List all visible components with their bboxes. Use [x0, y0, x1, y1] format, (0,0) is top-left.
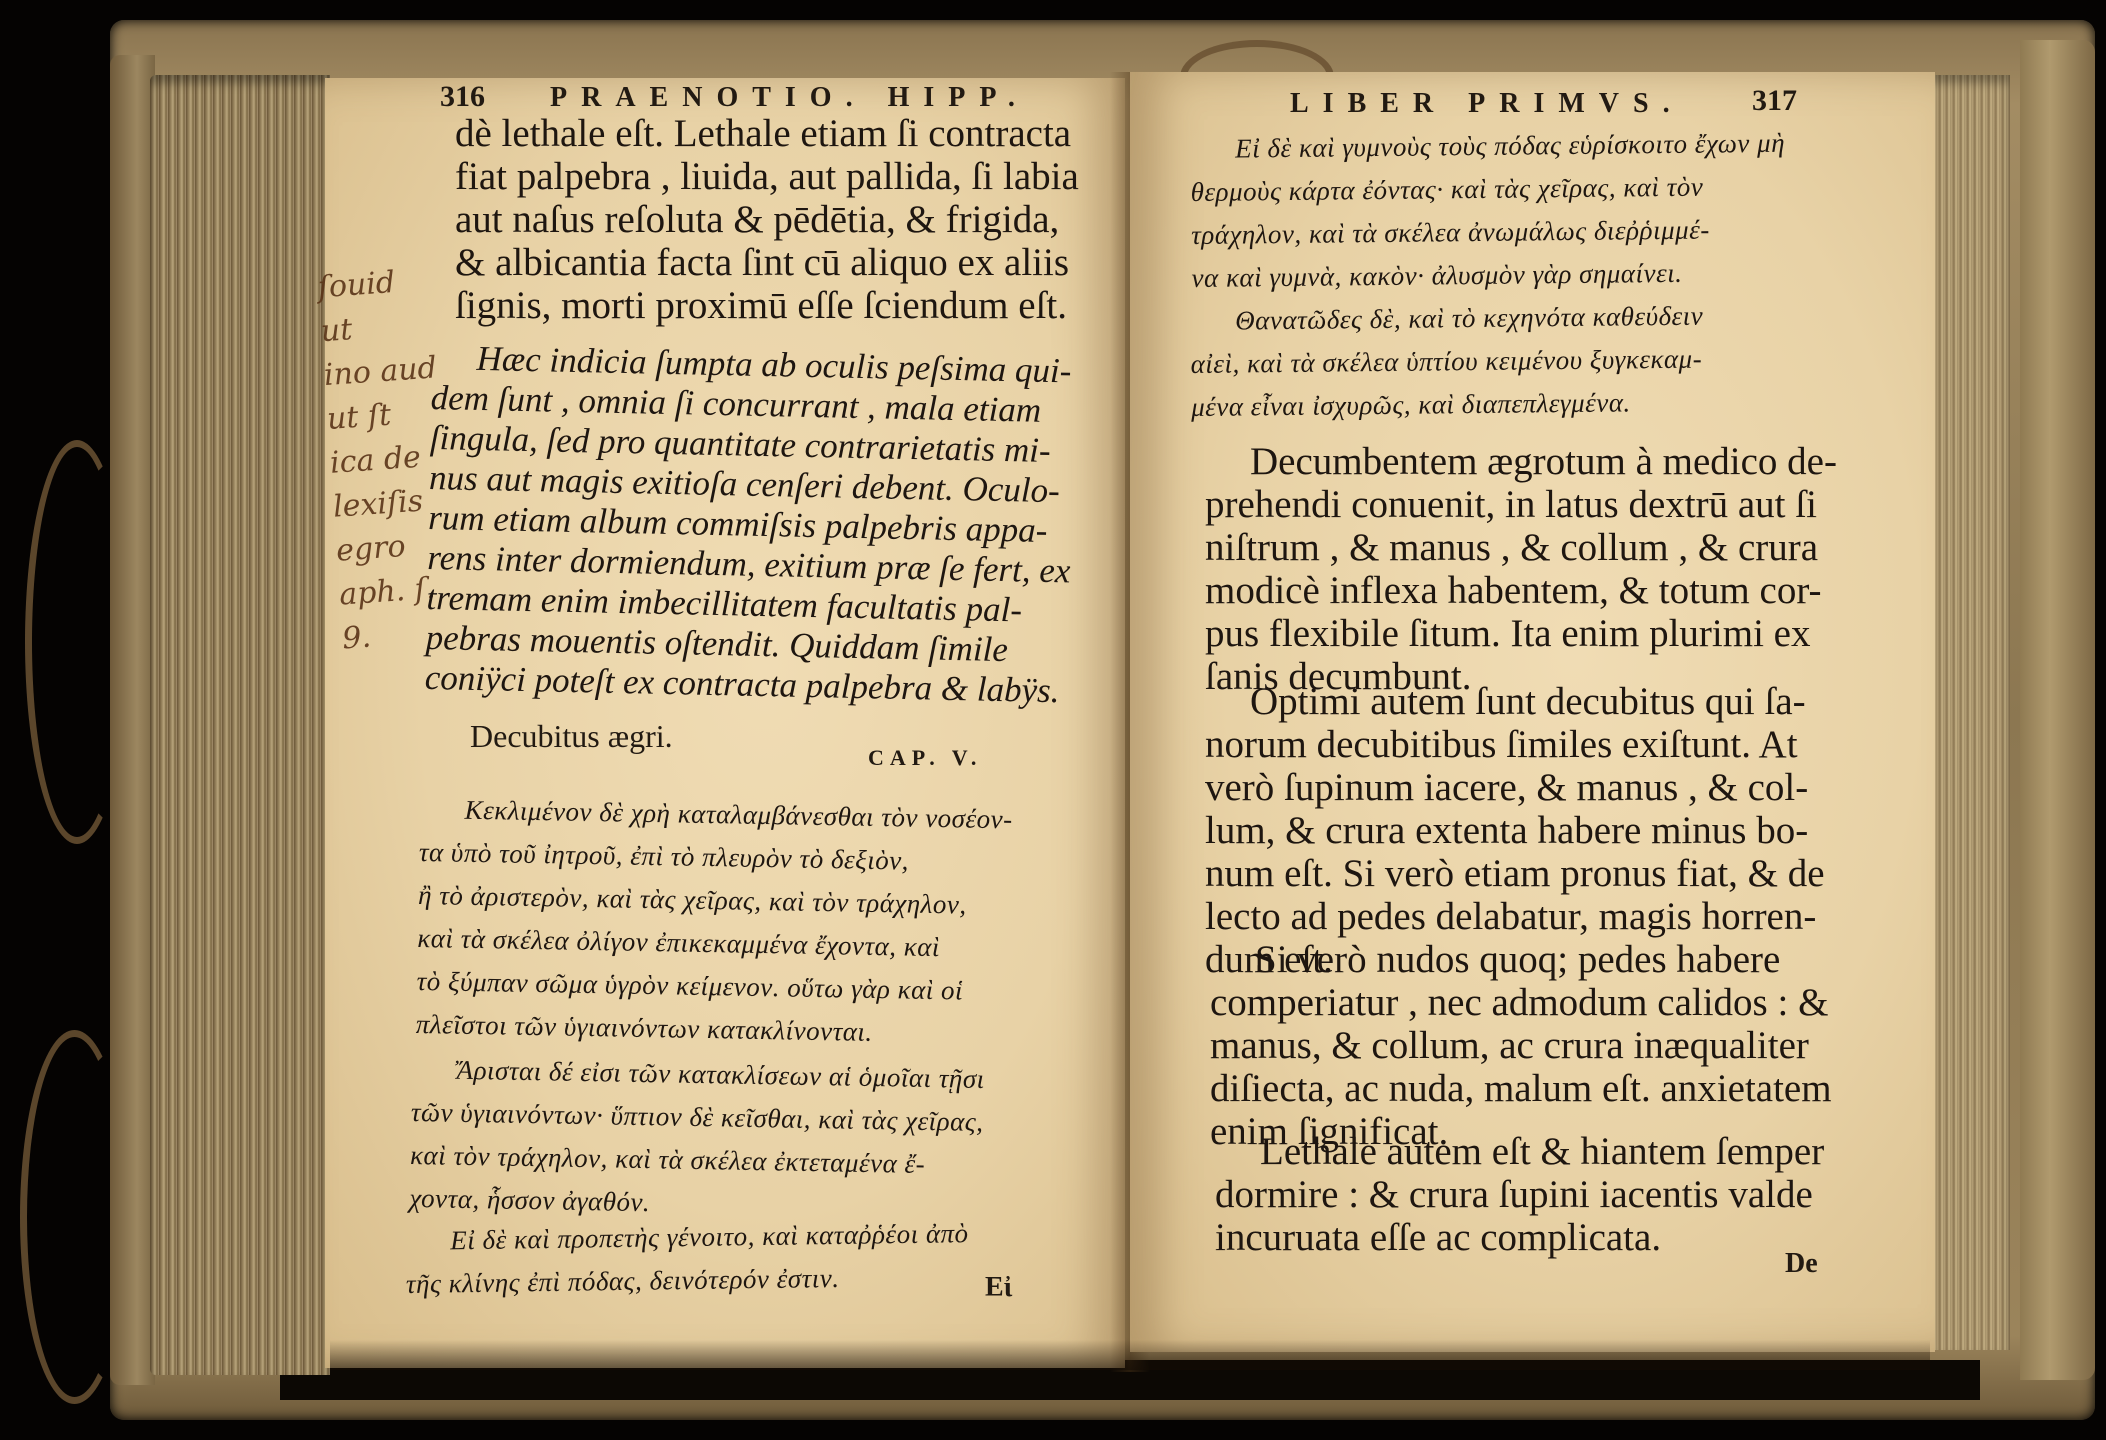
text-line: dormire : & crura ſupini iacentis valde	[1215, 1173, 1824, 1216]
binding-cord	[25, 440, 129, 844]
left-greek-paragraph-3: Εἰ δὲ καὶ προπετὴς γένοιτο, καὶ καταῤῥέο…	[405, 1212, 969, 1306]
text-line: μένα εἶναι ἰσχυρῶς, καὶ διαπεπλεγμένα.	[1191, 381, 1704, 429]
text-line: norum decubitibus ſimiles exiſtunt. At	[1205, 723, 1825, 766]
left-page-number: 316	[440, 80, 485, 114]
text-line: manus, & collum, ac crura inæqualiter	[1210, 1024, 1832, 1067]
text-line: τράχηλον, καὶ τὰ σκέλεα ἀνωμάλως διεῤῥιμ…	[1191, 208, 1786, 257]
text-line: αἰεὶ, καὶ τὰ σκέλεα ὑπτίου κειμένου ξυγκ…	[1190, 338, 1703, 386]
right-greek-paragraph-2: Θανατῶδες δὲ, καὶ τὸ κεχηνότα καθεύδειν …	[1190, 295, 1704, 429]
text-line: aut naſus reſoluta & pēdētia, & frigida,	[455, 198, 1079, 241]
text-line: Εἰ δὲ καὶ προπετὴς γένοιτο, καὶ καταῤῥέο…	[405, 1212, 969, 1263]
right-greek-paragraph-1: Εἰ δὲ καὶ γυμνοὺς τοὺς πόδας εὑρίσκοιτο …	[1190, 122, 1787, 300]
right-latin-paragraph-1: Decumbentem ægrotum à medico de- prehend…	[1205, 440, 1837, 698]
left-running-head: PRAENOTIO. HIPP.	[550, 82, 1029, 114]
text-line: fiat palpebra , liuida, aut pallida, ſi …	[455, 155, 1079, 198]
annotation-line: ſouid	[316, 259, 432, 311]
text-line: num eſt. Si verò etiam pronus fiat, & de	[1205, 852, 1825, 895]
text-line: & albicantia facta ſint cū aliquo ex ali…	[455, 241, 1079, 284]
left-greek-paragraph-2: Ἄρισται δέ εἰσι τῶν κατακλίσεων αἱ ὁμοῖα…	[409, 1048, 985, 1230]
text-line: dè lethale eſt. Lethale etiam ſi contrac…	[455, 112, 1079, 155]
text-line: lecto ad pedes delabatur, magis horren-	[1205, 895, 1825, 938]
text-line: Εἰ δὲ καὶ γυμνοὺς τοὺς πόδας εὑρίσκοιτο …	[1190, 122, 1785, 171]
text-line: niſtrum , & manus , & collum , & crura	[1205, 526, 1837, 569]
text-line: verò ſupinum iacere, & manus , & col-	[1205, 766, 1825, 809]
left-italic-paragraph: Hæc indicia ſumpta ab oculis peſsima qui…	[424, 338, 1075, 711]
text-line: incuruata eſſe ac complicata.	[1215, 1216, 1824, 1259]
text-line: Θανατῶδες δὲ, καὶ τὸ κεχηνότα καθεύδειν	[1190, 295, 1703, 343]
text-line: τῆς κλίνης ἐπὶ πόδας, δεινότερόν ἐστιν.	[406, 1255, 970, 1306]
left-latin-paragraph-1: dè lethale eſt. Lethale etiam ſi contrac…	[455, 112, 1079, 327]
text-line: Lethale autem eſt & hiantem ſemper	[1215, 1130, 1824, 1173]
right-catchword: De	[1785, 1248, 1818, 1280]
text-line: modicè inflexa habentem, & totum cor-	[1205, 569, 1837, 612]
page-edges-right	[1930, 75, 2010, 1350]
left-catchword: Εἰ	[985, 1272, 1012, 1304]
right-latin-paragraph-4: Lethale autem eſt & hiantem ſemper dormi…	[1215, 1130, 1824, 1259]
right-running-head: LIBER PRIMVS.	[1290, 88, 1684, 120]
annotation-line: ut	[319, 302, 435, 354]
text-line: θερμοὺς κάρτα ἐόντας· καὶ τὰς χεῖρας, κα…	[1190, 165, 1785, 214]
text-line: prehendi conuenit, in latus dextrū aut ſ…	[1205, 483, 1837, 526]
page-edges-left	[150, 75, 330, 1375]
text-line: ſignis, morti proximū eſſe ſciendum eſt.	[455, 284, 1079, 327]
annotation-line: ica de	[329, 434, 445, 486]
section-heading: Decubitus ægri.	[470, 718, 673, 755]
right-page-number: 317	[1752, 84, 1797, 118]
binding-cord	[20, 1030, 129, 1404]
left-greek-paragraph-1: Κεκλιμένον δὲ χρὴ καταλαμβάνεσθαι τὸν νο…	[415, 788, 1012, 1056]
right-latin-paragraph-3: Si verò nudos quoq; pedes habere comperi…	[1210, 938, 1832, 1153]
page-bottom-shadow	[330, 1340, 1930, 1370]
annotation-line: ut ſt	[326, 390, 442, 442]
right-latin-paragraph-2: Optimi autem ſunt decubitus qui ſa- noru…	[1205, 680, 1825, 981]
text-line: diſiecta, ac nuda, malum eſt. anxietatem	[1210, 1067, 1832, 1110]
cover-right-flap	[2020, 40, 2095, 1380]
chapter-label: CAP. V.	[868, 745, 982, 771]
annotation-line: ino aud	[322, 346, 438, 398]
text-line: Optimi autem ſunt decubitus qui ſa-	[1205, 680, 1825, 723]
text-line: Decumbentem ægrotum à medico de-	[1205, 440, 1837, 483]
text-line: Si verò nudos quoq; pedes habere	[1210, 938, 1832, 981]
text-line: comperiatur , nec admodum calidos : &	[1210, 981, 1832, 1024]
text-line: pus flexibile ſitum. Ita enim plurimi ex	[1205, 612, 1837, 655]
text-line: να καὶ γυμνὰ, κακὸν· ἀλυσμὸν γὰρ σημαίνε…	[1191, 251, 1786, 300]
text-line: lum, & crura extenta habere minus bo-	[1205, 809, 1825, 852]
